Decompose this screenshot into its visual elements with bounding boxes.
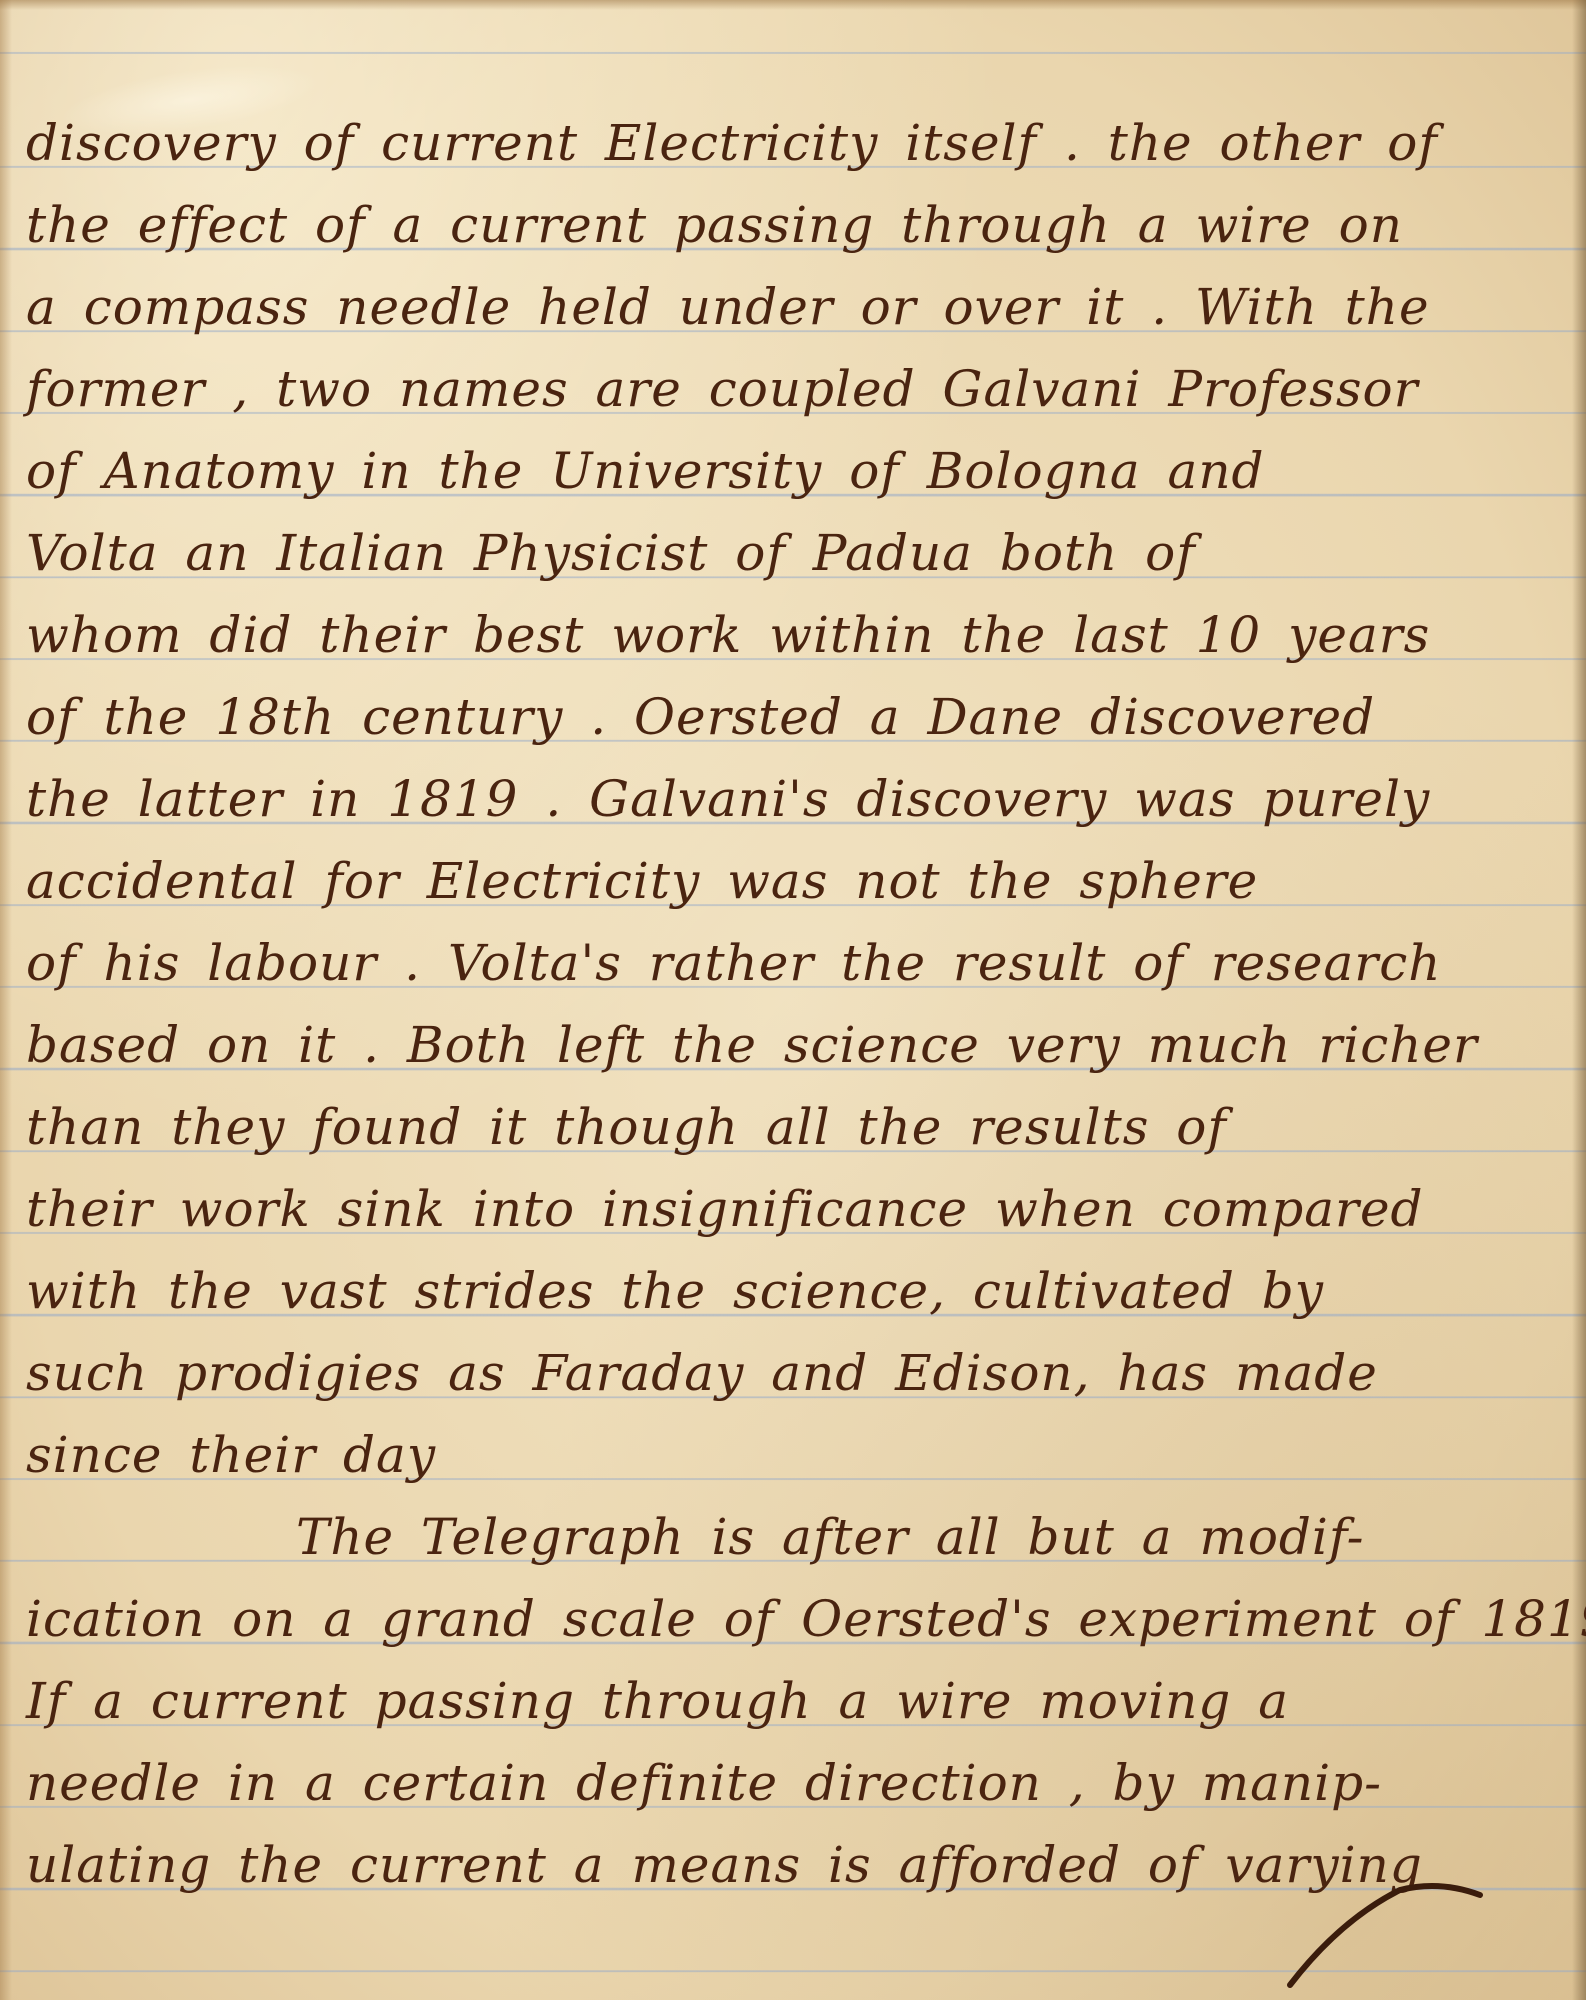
text-line: since their day (26, 1414, 1566, 1496)
text-line: ication on a grand scale of Oersted's ex… (26, 1578, 1566, 1660)
paragraph-start-line: The Telegraph is after all but a modif- (26, 1496, 1566, 1578)
text-line: accidental for Electricity was not the s… (26, 840, 1566, 922)
text-line: their work sink into insignificance when… (26, 1168, 1566, 1250)
paper-left-edge (0, 0, 12, 2000)
text-line: of the 18th century . Oersted a Dane dis… (26, 676, 1566, 758)
text-line: the latter in 1819 . Galvani's discovery… (26, 758, 1566, 840)
text-line: based on it . Both left the science very… (26, 1004, 1566, 1086)
manuscript-page: discovery of current Electricity itself … (0, 0, 1586, 2000)
handwritten-text-block: discovery of current Electricity itself … (26, 118, 1566, 1922)
text-line: needle in a certain definite direction ,… (26, 1742, 1566, 1824)
text-line: of Anatomy in the University of Bologna … (26, 430, 1566, 512)
text-line: former , two names are coupled Galvani P… (26, 348, 1566, 430)
text-line: of his labour . Volta's rather the resul… (26, 922, 1566, 1004)
pen-stroke-mark (1280, 1880, 1500, 1990)
text-line: than they found it though all the result… (26, 1086, 1566, 1168)
text-line: If a current passing through a wire movi… (26, 1660, 1566, 1742)
text-line: with the vast strides the science, culti… (26, 1250, 1566, 1332)
text-line: whom did their best work within the last… (26, 594, 1566, 676)
paper-top-edge (0, 0, 1586, 10)
text-line: Volta an Italian Physicist of Padua both… (26, 512, 1566, 594)
paper-right-edge (1572, 0, 1586, 2000)
text-line: such prodigies as Faraday and Edison, ha… (26, 1332, 1566, 1414)
text-line: the effect of a current passing through … (26, 184, 1566, 266)
text-line: a compass needle held under or over it .… (26, 266, 1566, 348)
text-line: discovery of current Electricity itself … (26, 102, 1566, 184)
